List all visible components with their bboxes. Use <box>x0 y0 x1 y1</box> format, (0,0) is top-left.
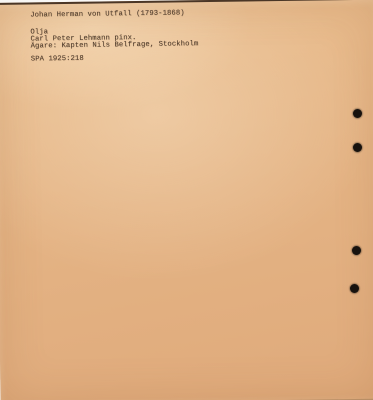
card-reference: SPA 1925:218 <box>31 56 84 64</box>
card-title: Johan Herman von Utfall (1793-1868) <box>30 10 185 19</box>
punch-dot-icon <box>353 143 362 152</box>
punch-dot-icon <box>352 246 361 255</box>
punch-dot-icon <box>350 284 359 293</box>
card-owner: Ägare: Kapten Nils Belfrage, Stockholm <box>31 41 199 50</box>
scanned-page: Johan Herman von Utfall (1793-1868) Olja… <box>0 0 373 400</box>
punch-dot-icon <box>353 109 362 118</box>
archive-index-card: Johan Herman von Utfall (1793-1868) Olja… <box>0 0 373 400</box>
